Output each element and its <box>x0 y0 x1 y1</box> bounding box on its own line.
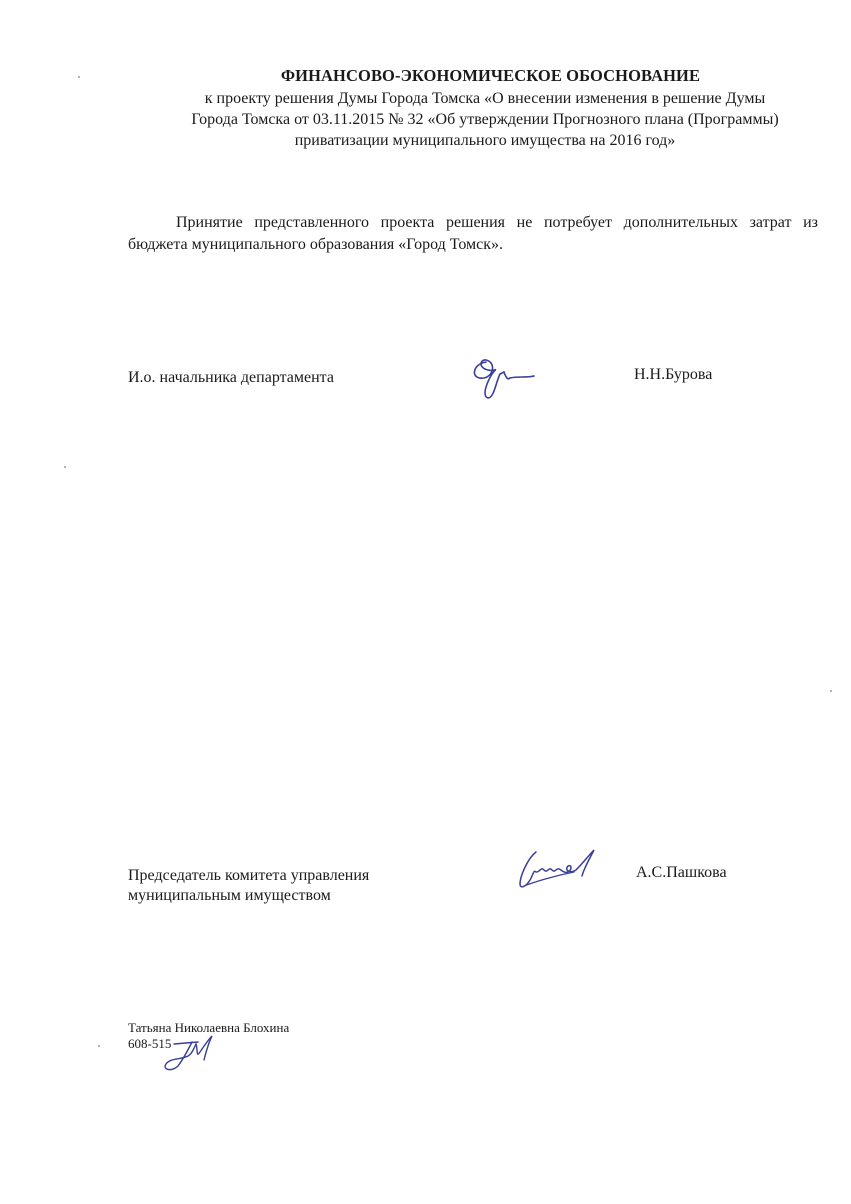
scan-speck <box>830 690 832 692</box>
scan-speck <box>78 76 80 78</box>
signature-burova-icon <box>468 352 540 404</box>
scan-speck <box>64 466 66 468</box>
document-title: ФИНАНСОВО-ЭКОНОМИЧЕСКОЕ ОБОСНОВАНИЕ <box>0 66 851 86</box>
document-subtitle: к проекту решения Думы Города Томска «О … <box>130 88 840 151</box>
signatory-2-name: А.С.Пашкова <box>636 864 727 882</box>
body-paragraph: Принятие представленного проекта решения… <box>128 212 818 256</box>
subtitle-line: приватизации муниципального имущества на… <box>130 130 840 151</box>
scan-speck <box>98 1045 100 1047</box>
signatory-1-name: Н.Н.Бурова <box>634 366 712 384</box>
signature-pashkova-icon <box>514 846 604 894</box>
position-line: муниципальным имуществом <box>128 886 369 906</box>
signatory-1-position: И.о. начальника департамента <box>128 368 334 388</box>
body-paragraph-text: Принятие представленного проекта решения… <box>128 214 818 253</box>
subtitle-line: Города Томска от 03.11.2015 № 32 «Об утв… <box>130 109 840 130</box>
document-page: ФИНАНСОВО-ЭКОНОМИЧЕСКОЕ ОБОСНОВАНИЕ к пр… <box>0 0 851 1204</box>
initials-signature-icon <box>158 1030 222 1074</box>
subtitle-line: к проекту решения Думы Города Томска «О … <box>130 88 840 109</box>
position-line: Председатель комитета управления <box>128 866 369 886</box>
signatory-2-position: Председатель комитета управления муницип… <box>128 866 369 906</box>
